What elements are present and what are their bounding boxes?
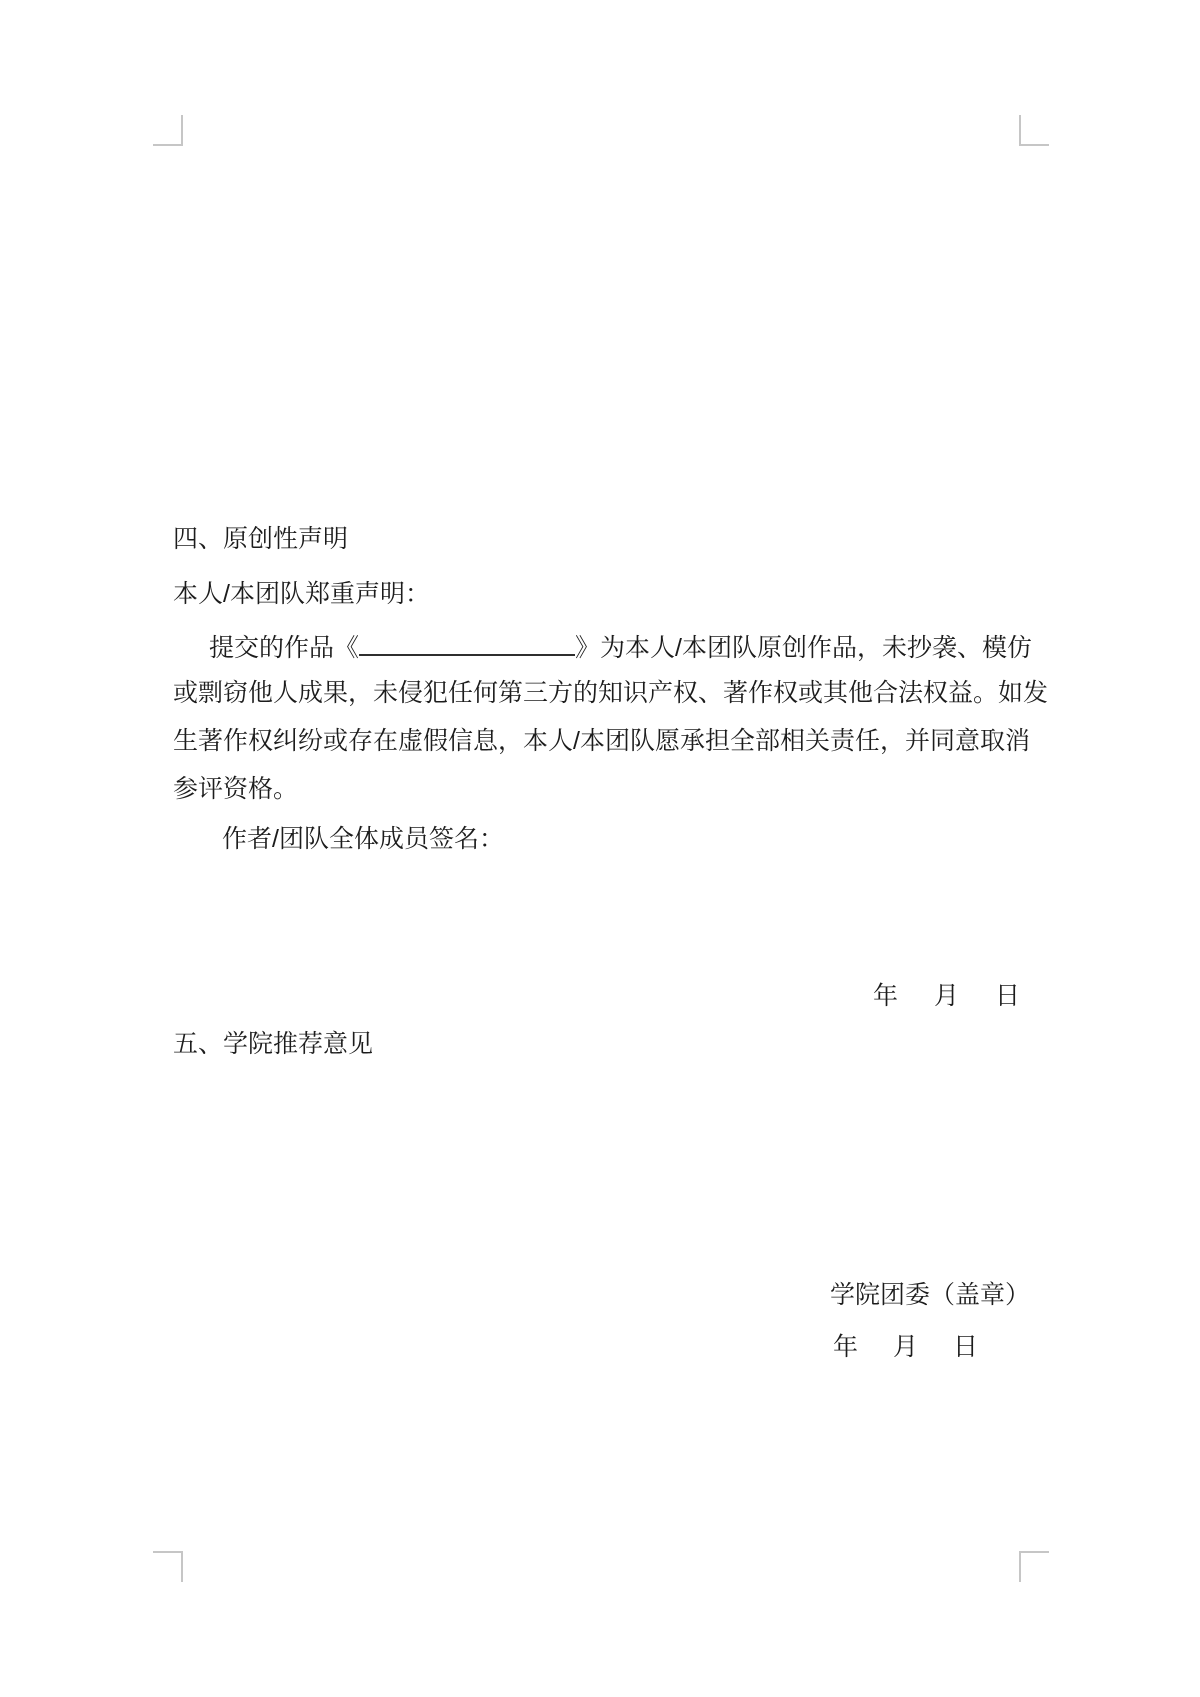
declaration-line-1-after-blank: 》为本人/本团队原创作品，未抄袭、模仿: [575, 634, 1032, 662]
month-label: 月: [934, 981, 959, 1011]
crop-mark-bottom-left-icon: [153, 1551, 183, 1582]
recommendation-date-line[interactable]: 年 月 日: [833, 1332, 978, 1362]
declaration-line-1: 提交的作品《》为本人/本团队原创作品，未抄袭、模仿: [209, 630, 1032, 663]
month-label: 月: [893, 1332, 918, 1362]
day-label: 日: [995, 981, 1020, 1011]
section-4-heading: 四、原创性声明: [173, 524, 348, 554]
year-label: 年: [873, 981, 898, 1011]
declaration-line-3: 生著作权纠纷或存在虚假信息，本人/本团队愿承担全部相关责任，并同意取消: [173, 726, 1030, 756]
work-title-blank[interactable]: [359, 630, 575, 656]
year-label: 年: [833, 1332, 858, 1362]
seal-label: 学院团委（盖章）: [830, 1280, 1030, 1310]
originality-date-line[interactable]: 年 月 日: [873, 981, 1020, 1011]
declaration-line-4: 参评资格。: [173, 774, 298, 804]
declaration-line-1-before-blank: 提交的作品《: [209, 634, 359, 662]
section-5-heading: 五、学院推荐意见: [173, 1029, 373, 1059]
declaration-intro: 本人/本团队郑重声明：: [173, 579, 430, 609]
declaration-line-2: 或剽窃他人成果，未侵犯任何第三方的知识产权、著作权或其他合法权益。如发: [173, 678, 1048, 708]
crop-mark-top-left-icon: [153, 115, 183, 146]
signature-label: 作者/团队全体成员签名：: [222, 824, 504, 854]
crop-mark-top-right-icon: [1019, 115, 1049, 146]
document-page: 四、原创性声明 本人/本团队郑重声明： 提交的作品《》为本人/本团队原创作品，未…: [0, 0, 1200, 1697]
day-label: 日: [953, 1332, 978, 1362]
crop-mark-bottom-right-icon: [1019, 1551, 1049, 1582]
